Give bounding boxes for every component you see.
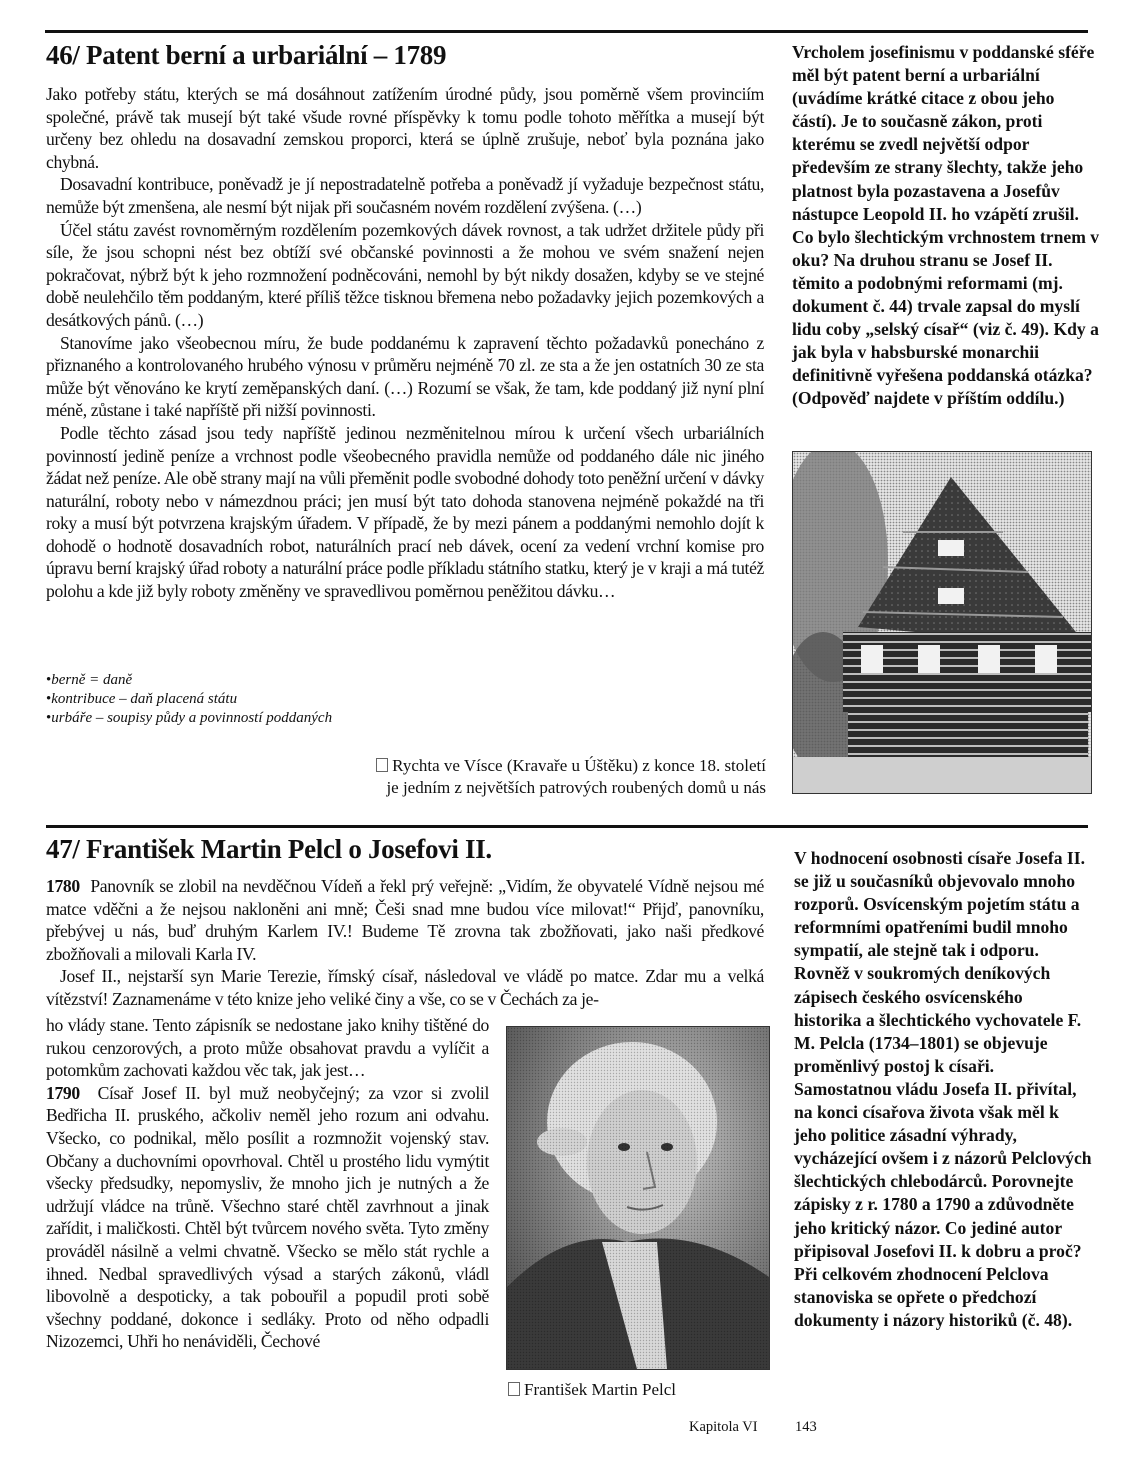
portrait-caption: František Martin Pelcl xyxy=(508,1379,676,1401)
entry-1780-text: Panovník se zlobil na nevděčnou Vídeň a … xyxy=(46,876,764,964)
photo-timbered-house xyxy=(792,451,1092,794)
portrait-pelcl xyxy=(506,1026,770,1370)
footer-page-number: 143 xyxy=(795,1419,817,1436)
glossary-item: urbáře – soupisy půdy a povinností podda… xyxy=(46,709,546,728)
paragraph: Dosavadní kontribuce, poněvadž je jí nep… xyxy=(46,173,764,218)
entry-1790-text: Císař Josef II. byl muž neobyčejný; za v… xyxy=(46,1083,489,1352)
caption-line-2: je jedním z největších patrových roubený… xyxy=(290,777,766,799)
paragraph: Účel státu zavést rovnoměrným rozdělením… xyxy=(46,219,764,332)
section-46-title: 46/ Patent berní a urbariální – 1789 xyxy=(46,40,446,70)
paragraph: ho vlády stane. Tento zápisník se nedost… xyxy=(46,1014,489,1082)
section-47-body-top: 1780 Panovník se zlobil na nevděčnou Víd… xyxy=(46,875,764,1011)
portrait-caption-text: František Martin Pelcl xyxy=(524,1380,676,1399)
section-47-body-wrapped: ho vlády stane. Tento zápisník se nedost… xyxy=(46,1014,489,1353)
paragraph: Podle těchto zásad jsou tedy napříště je… xyxy=(46,422,764,603)
glossary-item: kontribuce – daň placená státu xyxy=(46,690,546,709)
section-46-sidebar: Vrcholem josefinismu v poddanské sféře m… xyxy=(792,41,1102,411)
section-47-title: 47/ František Martin Pelcl o Josefovi II… xyxy=(46,834,492,864)
paragraph: Josef II., nejstarší syn Marie Terezie, … xyxy=(46,965,764,1010)
footer-chapter: Kapitola VI xyxy=(689,1419,758,1436)
house-illustration-icon xyxy=(793,452,1091,793)
glossary-notes: berně = daně kontribuce – daň placená st… xyxy=(46,671,546,728)
caption-marker-icon xyxy=(376,758,388,772)
caption-marker-icon xyxy=(508,1382,520,1396)
paragraph: Jako potřeby státu, kterých se má dosáhn… xyxy=(46,83,764,173)
entry-year-1780: 1780 xyxy=(46,876,80,896)
section-46-body: Jako potřeby státu, kterých se má dosáhn… xyxy=(46,83,764,603)
section-47-rule xyxy=(46,825,1088,828)
caption-line-1: Rychta ve Vísce (Kravaře u Úštěku) z kon… xyxy=(392,756,766,775)
section-46-rule xyxy=(45,30,1088,33)
section-47-sidebar: V hodnocení osobnosti císaře Josefa II. … xyxy=(794,847,1094,1332)
house-photo-caption: Rychta ve Vísce (Kravaře u Úštěku) z kon… xyxy=(290,755,766,799)
portrait-illustration-icon xyxy=(507,1027,769,1369)
glossary-item: berně = daně xyxy=(46,671,546,690)
entry-year-1790: 1790 xyxy=(46,1083,80,1103)
paragraph: Stanovíme jako všeobecnou míru, že bude … xyxy=(46,332,764,422)
